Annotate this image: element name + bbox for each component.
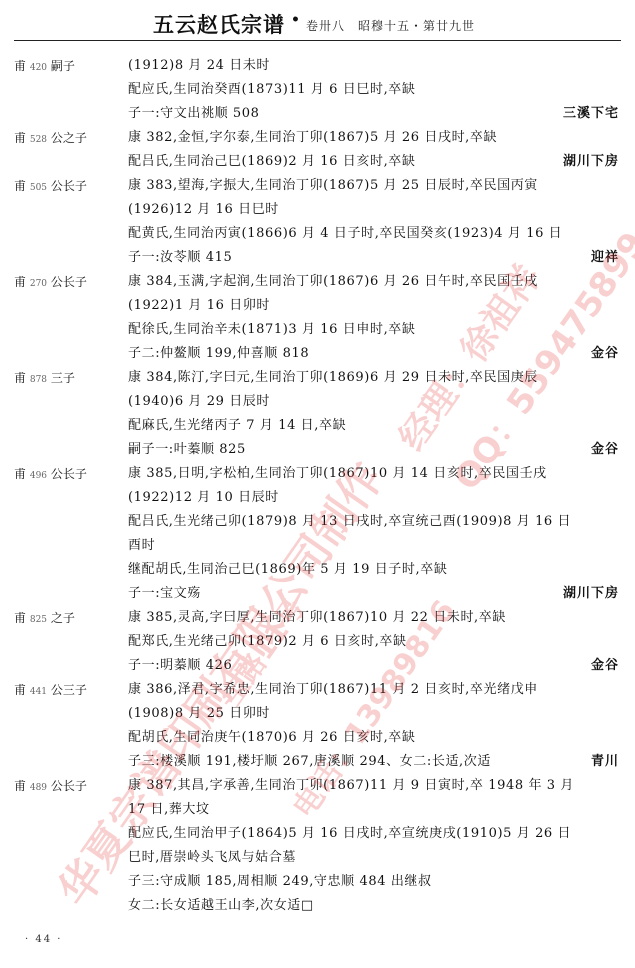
entry-line: 子二:仲鳌顺 199,仲喜顺 818金谷 <box>0 342 635 366</box>
entry-text: (1926)12 月 16 日巳时 <box>128 198 279 222</box>
place-name: 湖川下房 <box>563 150 619 174</box>
label-number: 420 <box>30 63 47 73</box>
entry-text: 子一:汝苓顺 415 <box>128 246 232 270</box>
entry-line: 配郑氏,生光绪己卯(1879)2 月 6 日亥时,卒缺 <box>0 630 635 654</box>
label-prefix: 甫 <box>14 371 26 385</box>
entry-line: 甫 878 三子康 384,陈汀,字曰元,生同治丁卯(1869)6 月 29 日… <box>0 366 635 390</box>
entry-line: 巳时,厝崇岭头飞凤与姑合墓 <box>0 846 635 870</box>
label-number: 528 <box>30 135 47 145</box>
entry-text: 配应氏,生同治癸酉(1873)11 月 6 日巳时,卒缺 <box>128 78 416 102</box>
entry-line: 子一:宝文殇湖川下房 <box>0 582 635 606</box>
book-title: 五云赵氏宗谱 <box>153 9 285 39</box>
label-number: 270 <box>30 279 47 289</box>
label-number: 878 <box>30 375 47 385</box>
entry-line: (1908)8 月 25 日卯时 <box>0 702 635 726</box>
entry-line: 甫 825 之子康 385,灵高,字曰厚,生同治丁卯(1867)10 月 22 … <box>0 606 635 630</box>
label-number: 825 <box>30 615 47 625</box>
place-name: 三溪下宅 <box>563 102 619 126</box>
entry-line: 甫 505 公长子康 383,望海,字振大,生同治丁卯(1867)5 月 25 … <box>0 174 635 198</box>
entry-text: (1908)8 月 25 日卯时 <box>128 702 270 726</box>
entry-lineage-label: 甫 528 公之子 <box>14 126 87 152</box>
entry-line: 甫 496 公长子康 385,日明,字松柏,生同治丁卯(1867)10 月 14… <box>0 462 635 486</box>
label-prefix: 甫 <box>14 131 26 145</box>
entry-text: 子二:仲鳌顺 199,仲喜顺 818 <box>128 342 309 366</box>
label-suffix: 公之子 <box>51 131 87 145</box>
label-suffix: 公长子 <box>51 275 87 289</box>
entry-line: 女二:长女适越王山李,次女适□ <box>0 894 635 918</box>
title-separator: • <box>291 12 300 28</box>
entry-lineage-label: 甫 496 公长子 <box>14 462 87 488</box>
label-suffix: 嗣子 <box>51 59 75 73</box>
entry-text: (1912)8 月 24 日未时 <box>128 54 270 78</box>
label-number: 505 <box>30 183 47 193</box>
entry-text: 康 384,玉满,字起润,生同治丁卯(1867)6 月 26 日午时,卒民国壬戌 <box>128 270 538 294</box>
entry-line: (1940)6 月 29 日辰时 <box>0 390 635 414</box>
entry-text: 康 385,日明,字松柏,生同治丁卯(1867)10 月 14 日亥时,卒民国壬… <box>128 462 547 486</box>
entry-line: 甫 441 公三子康 386,泽君,字希忠,生同治丁卯(1867)11 月 2 … <box>0 678 635 702</box>
entry-line: 甫 270 公长子康 384,玉满,字起润,生同治丁卯(1867)6 月 26 … <box>0 270 635 294</box>
label-number: 441 <box>30 687 47 697</box>
volume-subtitle: 卷卅八 昭穆十五・第廿九世 <box>306 17 475 34</box>
entry-line: (1926)12 月 16 日巳时 <box>0 198 635 222</box>
entry-line: 继配胡氏,生同治己巳(1869)年 5 月 19 日子时,卒缺 <box>0 558 635 582</box>
entry-text: 女二:长女适越王山李,次女适□ <box>128 894 314 918</box>
entry-text: 配吕氏,生光绪己卯(1879)8 月 13 日戌时,卒宣统己酉(1909)8 月… <box>128 510 571 534</box>
label-prefix: 甫 <box>14 275 26 289</box>
entry-line: 配吕氏,生光绪己卯(1879)8 月 13 日戌时,卒宣统己酉(1909)8 月… <box>0 510 635 534</box>
entry-lineage-label: 甫 489 公长子 <box>14 774 87 800</box>
label-suffix: 公长子 <box>51 179 87 193</box>
entry-text: 康 387,其昌,字承善,生同治丁卯(1867)11 月 9 日寅时,卒 194… <box>128 774 574 798</box>
entry-text: 配吕氏,生同治己巳(1869)2 月 16 日亥时,卒缺 <box>128 150 416 174</box>
label-suffix: 之子 <box>51 611 75 625</box>
entry-line: 子三:守成顺 185,周相顺 249,守忠顺 484 出继叔 <box>0 870 635 894</box>
page-number: · 44 · <box>25 934 62 945</box>
entry-line: 配吕氏,生同治己巳(1869)2 月 16 日亥时,卒缺湖川下房 <box>0 150 635 174</box>
place-name: 金谷 <box>591 438 619 462</box>
entry-lineage-label: 甫 878 三子 <box>14 366 75 392</box>
entry-text: (1940)6 月 29 日辰时 <box>128 390 270 414</box>
label-prefix: 甫 <box>14 779 26 793</box>
entry-line: 配胡氏,生同治庚午(1870)6 月 26 日亥时,卒缺 <box>0 726 635 750</box>
entry-line: 子一:守文出祧顺 508三溪下宅 <box>0 102 635 126</box>
entry-text: 子三:守成顺 185,周相顺 249,守忠顺 484 出继叔 <box>128 870 432 894</box>
label-suffix: 三子 <box>51 371 75 385</box>
entry-lineage-label: 甫 825 之子 <box>14 606 75 632</box>
entry-text: 继配胡氏,生同治己巳(1869)年 5 月 19 日子时,卒缺 <box>128 558 447 582</box>
place-name: 金谷 <box>591 654 619 678</box>
label-prefix: 甫 <box>14 683 26 697</box>
entry-line: 子一:汝苓顺 415迎祥 <box>0 246 635 270</box>
entry-text: 配黄氏,生同治丙寅(1866)6 月 4 日子时,卒民国癸亥(1923)4 月 … <box>128 222 562 246</box>
entry-lineage-label: 甫 505 公长子 <box>14 174 87 200</box>
label-number: 489 <box>30 783 47 793</box>
label-prefix: 甫 <box>14 179 26 193</box>
label-number: 496 <box>30 471 47 481</box>
entry-line: 嗣子一:叶蓁顺 825金谷 <box>0 438 635 462</box>
label-suffix: 公长子 <box>51 779 87 793</box>
entry-lineage-label: 甫 420 嗣子 <box>14 54 75 80</box>
entry-text: 康 385,灵高,字曰厚,生同治丁卯(1867)10 月 22 日未时,卒缺 <box>128 606 506 630</box>
entry-line: 甫 528 公之子康 382,金恒,字尔泰,生同治丁卯(1867)5 月 26 … <box>0 126 635 150</box>
place-name: 金谷 <box>591 342 619 366</box>
entry-text: 嗣子一:叶蓁顺 825 <box>128 438 246 462</box>
entry-text: 子一:守文出祧顺 508 <box>128 102 260 126</box>
entry-line: (1922)1 月 16 日卯时 <box>0 294 635 318</box>
entry-line: 17 日,葬大坟 <box>0 798 635 822</box>
label-suffix: 公长子 <box>51 467 87 481</box>
entry-line: 配黄氏,生同治丙寅(1866)6 月 4 日子时,卒民国癸亥(1923)4 月 … <box>0 222 635 246</box>
entry-line: 配应氏,生同治癸酉(1873)11 月 6 日巳时,卒缺 <box>0 78 635 102</box>
entry-text: 配胡氏,生同治庚午(1870)6 月 26 日亥时,卒缺 <box>128 726 416 750</box>
entry-line: 子三:楼溪顺 191,楼圩顺 267,唐溪顺 294、女二:长适,次适青川 <box>0 750 635 774</box>
entry-text: 康 386,泽君,字希忠,生同治丁卯(1867)11 月 2 日亥时,卒光绪戊申 <box>128 678 538 702</box>
entry-text: 康 382,金恒,字尔泰,生同治丁卯(1867)5 月 26 日戌时,卒缺 <box>128 126 497 150</box>
entry-text: (1922)1 月 16 日卯时 <box>128 294 270 318</box>
entry-line: 子一:明蓁顺 426金谷 <box>0 654 635 678</box>
entry-line: (1922)12 月 10 日辰时 <box>0 486 635 510</box>
entry-lineage-label: 甫 441 公三子 <box>14 678 87 704</box>
place-name: 湖川下房 <box>563 582 619 606</box>
page-header: 五云赵氏宗谱 • 卷卅八 昭穆十五・第廿九世 <box>0 0 635 42</box>
entry-text: 子一:宝文殇 <box>128 582 201 606</box>
entry-line: 配徐氏,生同治辛未(1871)3 月 16 日申时,卒缺 <box>0 318 635 342</box>
entry-line: 配应氏,生同治甲子(1864)5 月 16 日戌时,卒宣统庚戌(1910)5 月… <box>0 822 635 846</box>
entry-line: 甫 489 公长子康 387,其昌,字承善,生同治丁卯(1867)11 月 9 … <box>0 774 635 798</box>
entry-line: 酉时 <box>0 534 635 558</box>
label-prefix: 甫 <box>14 59 26 73</box>
label-prefix: 甫 <box>14 467 26 481</box>
entry-text: 子三:楼溪顺 191,楼圩顺 267,唐溪顺 294、女二:长适,次适 <box>128 750 491 774</box>
label-suffix: 公三子 <box>51 683 87 697</box>
entry-text: 康 383,望海,字振大,生同治丁卯(1867)5 月 25 日辰时,卒民国丙寅 <box>128 174 538 198</box>
entry-text: 巳时,厝崇岭头飞凤与姑合墓 <box>128 846 296 870</box>
entry-lineage-label: 甫 270 公长子 <box>14 270 87 296</box>
entry-text: 配郑氏,生光绪己卯(1879)2 月 6 日亥时,卒缺 <box>128 630 407 654</box>
entry-text: 17 日,葬大坟 <box>128 798 210 822</box>
entry-text: (1922)12 月 10 日辰时 <box>128 486 279 510</box>
place-name: 迎祥 <box>591 246 619 270</box>
genealogy-entries: 甫 420 嗣子(1912)8 月 24 日未时配应氏,生同治癸酉(1873)1… <box>0 54 635 918</box>
entry-text: 康 384,陈汀,字曰元,生同治丁卯(1869)6 月 29 日未时,卒民国庚辰 <box>128 366 538 390</box>
entry-text: 配麻氏,生光绪丙子 7 月 14 日,卒缺 <box>128 414 346 438</box>
entry-text: 酉时 <box>128 534 155 558</box>
place-name: 青川 <box>591 750 619 774</box>
entry-text: 子一:明蓁顺 426 <box>128 654 232 678</box>
entry-line: 甫 420 嗣子(1912)8 月 24 日未时 <box>0 54 635 78</box>
entry-text: 配应氏,生同治甲子(1864)5 月 16 日戌时,卒宣统庚戌(1910)5 月… <box>128 822 571 846</box>
header-rule <box>14 40 621 41</box>
label-prefix: 甫 <box>14 611 26 625</box>
entry-line: 配麻氏,生光绪丙子 7 月 14 日,卒缺 <box>0 414 635 438</box>
entry-text: 配徐氏,生同治辛未(1871)3 月 16 日申时,卒缺 <box>128 318 416 342</box>
